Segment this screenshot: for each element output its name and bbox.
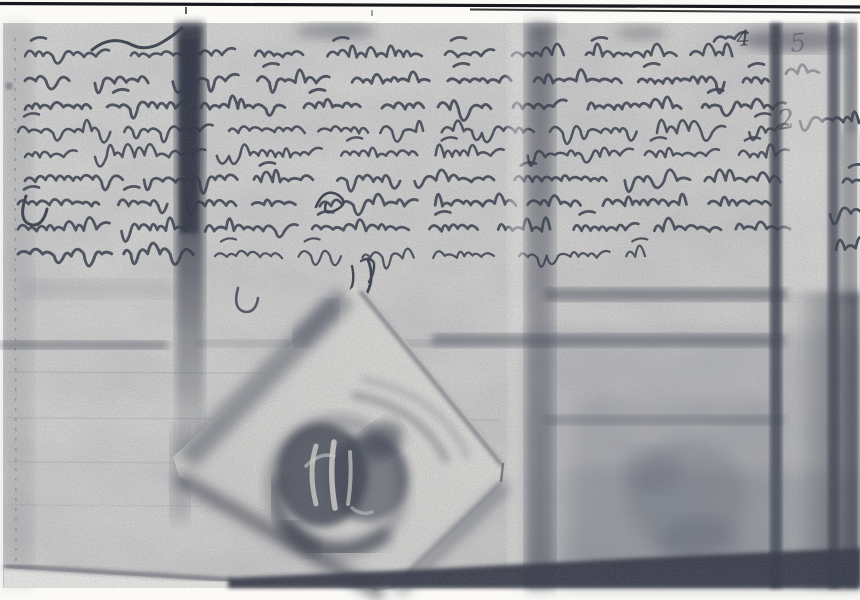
photo-area: 452 <box>0 23 860 595</box>
photo-canvas: 452 <box>0 0 860 600</box>
top-frame-rules <box>0 4 860 17</box>
photo-grain-overlay <box>3 23 857 588</box>
manuscript-photograph: 452 <box>0 0 860 600</box>
